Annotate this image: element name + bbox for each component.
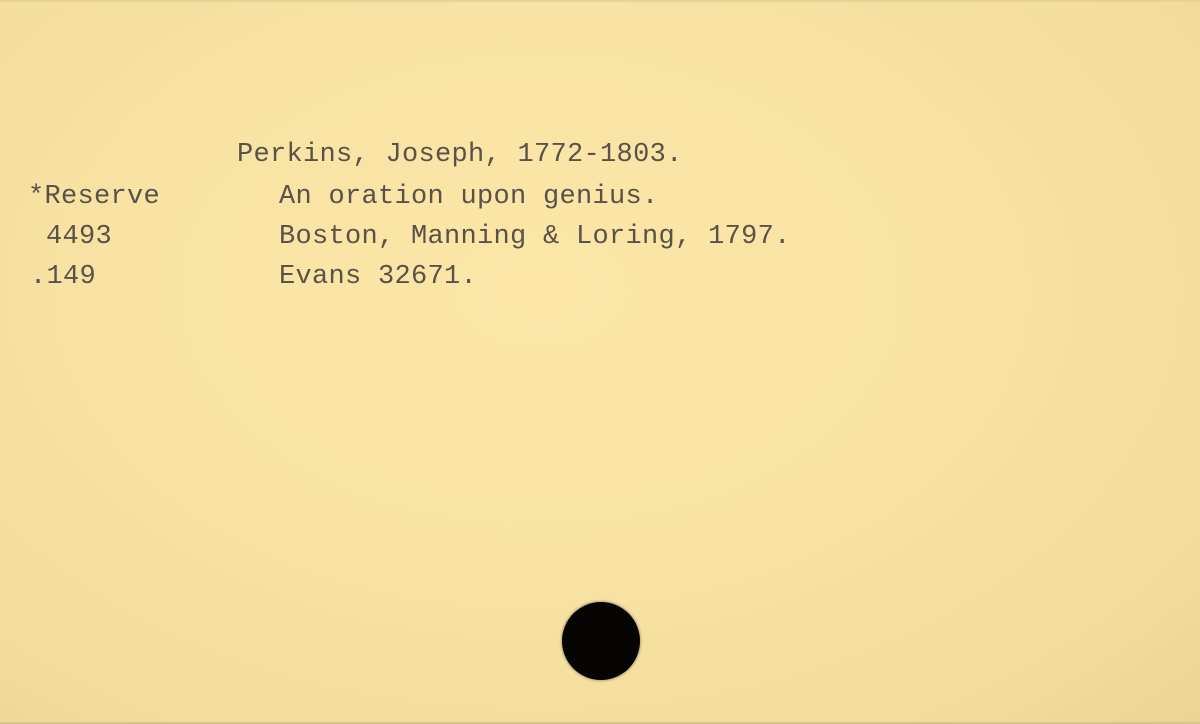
call-number-location: *Reserve <box>28 181 160 213</box>
call-number-cutter: .149 <box>30 261 96 293</box>
imprint-line: Boston, Manning & Loring, 1797. <box>279 221 791 253</box>
title-line: An oration upon genius. <box>279 181 659 213</box>
catalog-card: *Reserve 4493 .149 Perkins, Joseph, 1772… <box>0 0 1200 724</box>
author-heading: Perkins, Joseph, 1772-1803. <box>237 139 683 171</box>
bibliographic-note: Evans 32671. <box>279 261 477 293</box>
rod-hole-icon <box>562 602 640 680</box>
call-number-class: 4493 <box>46 221 112 253</box>
